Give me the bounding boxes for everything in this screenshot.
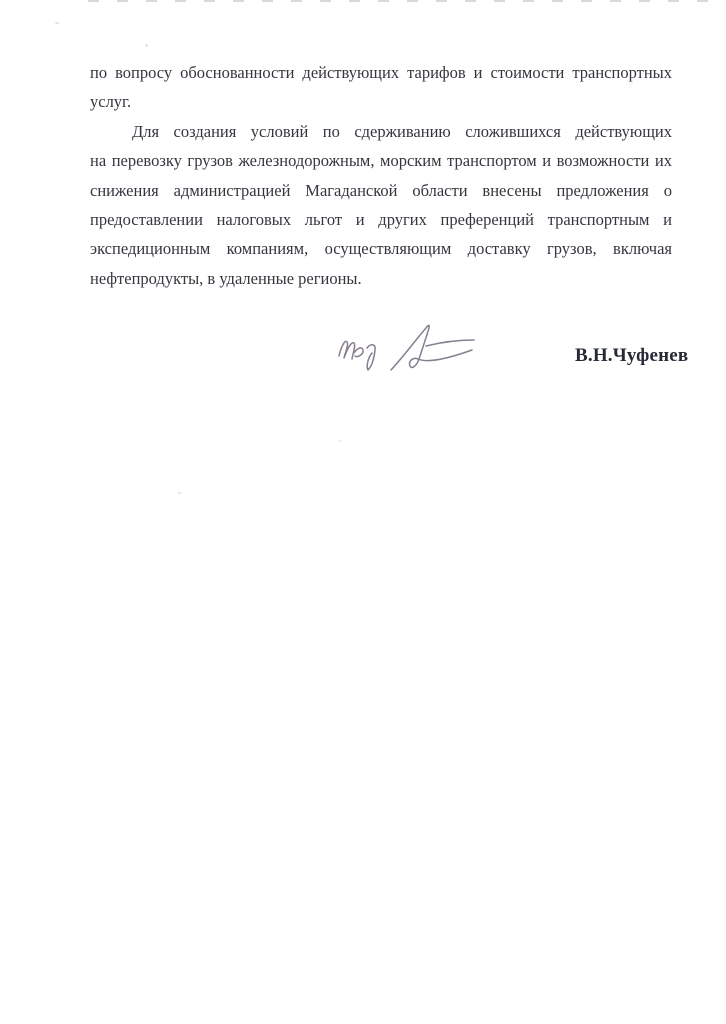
scanned-document-page: по вопросу обоснованности действующих та… <box>0 0 726 1024</box>
scan-speck <box>338 440 342 442</box>
body-text-line: Для создания условий по сдерживанию слож… <box>90 117 672 146</box>
body-text-line: снижения администрацией Магаданской обла… <box>90 176 672 205</box>
scan-speck <box>55 22 59 24</box>
handwritten-signature-icon <box>334 320 478 380</box>
scan-speck <box>178 492 181 494</box>
signer-name: В.Н.Чуфенев <box>575 344 688 368</box>
scan-speck <box>145 44 148 47</box>
body-text-line: на перевозку грузов железнодорожным, мор… <box>90 146 672 175</box>
body-text-line: предоставлении налоговых льгот и других … <box>90 205 672 234</box>
scan-edge-artifact <box>88 0 718 2</box>
body-text-line: по вопросу обоснованности действующих та… <box>90 58 672 87</box>
body-text-line: экспедиционным компаниям, осуществляющим… <box>90 234 672 263</box>
body-text-line: нефтепродукты, в удаленные регионы. <box>90 264 672 293</box>
body-text-line: услуг. <box>90 87 672 116</box>
letter-body: по вопросу обоснованности действующих та… <box>90 58 672 293</box>
